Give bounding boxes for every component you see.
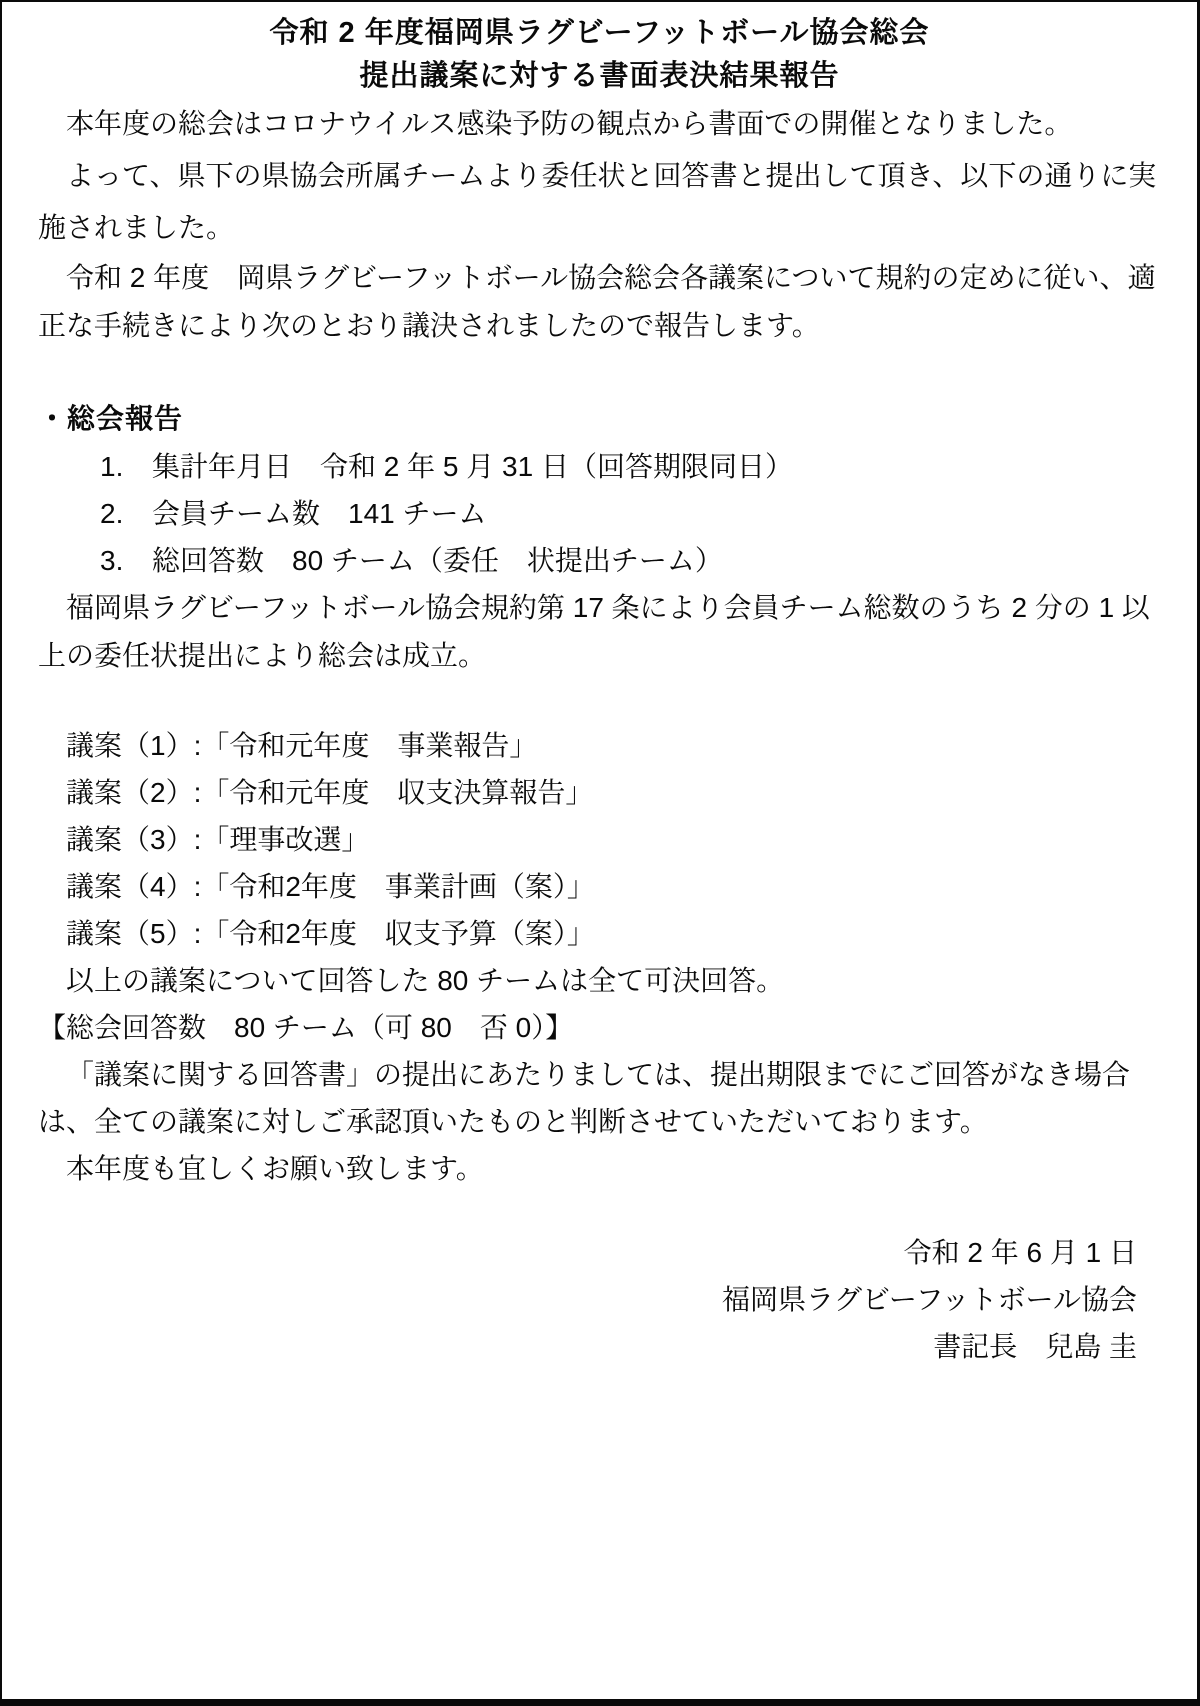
report-list-item-2: 2. 会員チーム数 141 チーム	[38, 490, 1161, 537]
proposal-item-2: 議案（2）:「令和元年度 収支決算報告」	[38, 769, 1161, 816]
result-count-line: 【総会回答数 80 チーム（可 80 否 0）】	[38, 1004, 1161, 1051]
signature-organization: 福岡県ラグビーフットボール協会	[38, 1276, 1137, 1323]
list-item-text: 集計年月日 令和 2 年 5 月 31 日（回答期限同日）	[152, 443, 793, 490]
proposal-item-3: 議案（3）:「理事改選」	[38, 816, 1161, 863]
list-item-text: 会員チーム数 141 チーム	[152, 490, 487, 537]
title-line-1: 令和 2 年度福岡県ラグビーフットボール協会総会	[38, 12, 1161, 55]
proposal-list: 議案（1）:「令和元年度 事業報告」 議案（2）:「令和元年度 収支決算報告」 …	[38, 722, 1161, 957]
intro-sentence-2: よって、県下の県協会所属チームより委任状と回答書と提出して頂き、以下の通りに実施…	[38, 150, 1161, 254]
report-list: 1. 集計年月日 令和 2 年 5 月 31 日（回答期限同日） 2. 会員チー…	[38, 443, 1161, 584]
quorum-paragraph: 福岡県ラグビーフットボール協会規約第 17 条により会員チーム総数のうち 2 分…	[38, 584, 1161, 680]
proposal-item-1: 議案（1）:「令和元年度 事業報告」	[38, 722, 1161, 769]
proposal-item-4: 議案（4）:「令和2年度 事業計画（案）」	[38, 863, 1161, 910]
document-title: 令和 2 年度福岡県ラグビーフットボール協会総会 提出議案に対する書面表決結果報…	[38, 12, 1161, 98]
closing-greeting: 本年度も宜しくお願い致します。	[38, 1145, 1161, 1193]
report-list-item-1: 1. 集計年月日 令和 2 年 5 月 31 日（回答期限同日）	[38, 443, 1161, 490]
document-page: 令和 2 年度福岡県ラグビーフットボール協会総会 提出議案に対する書面表決結果報…	[0, 0, 1200, 1706]
title-line-2: 提出議案に対する書面表決結果報告	[38, 55, 1161, 98]
procedure-paragraph: 令和 2 年度 岡県ラグビーフットボール協会総会各議案について規約の定めに従い、…	[38, 254, 1161, 350]
result-summary-line: 以上の議案について回答した 80 チームは全て可決回答。	[38, 957, 1161, 1004]
signature-signer: 書記長 兒島 圭	[38, 1323, 1137, 1370]
signature-block: 令和 2 年 6 月 1 日 福岡県ラグビーフットボール協会 書記長 兒島 圭	[38, 1229, 1161, 1370]
note-paragraph: 「議案に関する回答書」の提出にあたりましては、提出期限までにご回答がなき場合は、…	[38, 1051, 1161, 1145]
report-list-item-3: 3. 総回答数 80 チーム（委任 状提出チーム）	[38, 537, 1161, 584]
list-item-number: 1.	[100, 443, 152, 490]
list-item-number: 2.	[100, 490, 152, 537]
list-item-text: 総回答数 80 チーム（委任 状提出チーム）	[152, 537, 723, 584]
report-heading: ・総会報告	[38, 395, 1161, 443]
signature-date: 令和 2 年 6 月 1 日	[38, 1229, 1137, 1276]
intro-sentence-1: 本年度の総会はコロナウイルス感染予防の観点から書面での開催となりました。	[38, 98, 1161, 150]
list-item-number: 3.	[100, 537, 152, 584]
proposal-item-5: 議案（5）:「令和2年度 収支予算（案）」	[38, 910, 1161, 957]
